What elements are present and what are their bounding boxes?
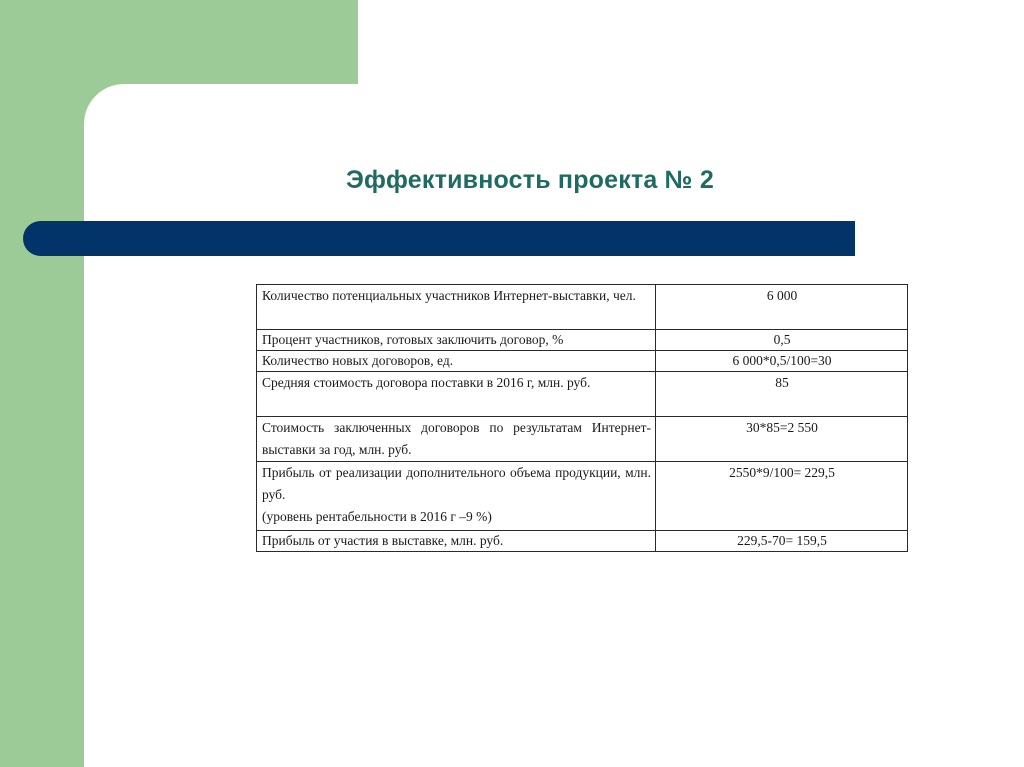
table-row: Средняя стоимость договора поставки в 20…	[257, 372, 908, 417]
table-row: Количество новых договоров, ед. 6 000*0,…	[257, 351, 908, 372]
table-row: Прибыль от участия в выставке, млн. руб.…	[257, 531, 908, 552]
row-value: 85	[656, 372, 908, 417]
row-label: Процент участников, готовых заключить до…	[257, 330, 656, 351]
title-underline-bar	[23, 221, 855, 256]
row-label: Прибыль от реализации дополнительного об…	[257, 462, 656, 531]
rounded-content-corner	[84, 84, 164, 164]
table-row: Количество потенциальных участников Инте…	[257, 285, 908, 330]
row-label-main: Прибыль от реализации дополнительного об…	[262, 462, 651, 506]
row-label: Количество новых договоров, ед.	[257, 351, 656, 372]
slide: Эффективность проекта № 2 Количество пот…	[0, 0, 1024, 767]
row-value: 229,5-70= 159,5	[656, 531, 908, 552]
row-value: 2550*9/100= 229,5	[656, 462, 908, 531]
row-value: 6 000	[656, 285, 908, 330]
efficiency-table: Количество потенциальных участников Инте…	[256, 284, 908, 552]
slide-title: Эффективность проекта № 2	[0, 166, 1024, 195]
row-label: Прибыль от участия в выставке, млн. руб.	[257, 531, 656, 552]
row-value: 6 000*0,5/100=30	[656, 351, 908, 372]
row-value: 0,5	[656, 330, 908, 351]
table-row: Стоимость заключенных договоров по резул…	[257, 417, 908, 462]
row-value: 30*85=2 550	[656, 417, 908, 462]
table-row: Процент участников, готовых заключить до…	[257, 330, 908, 351]
row-label: Количество потенциальных участников Инте…	[257, 285, 656, 330]
row-label: Средняя стоимость договора поставки в 20…	[257, 372, 656, 417]
table-row: Прибыль от реализации дополнительного об…	[257, 462, 908, 531]
row-label: Стоимость заключенных договоров по резул…	[257, 417, 656, 462]
green-left-strip	[0, 0, 84, 767]
row-label-note: (уровень рентабельности в 2016 г –9 %)	[262, 506, 651, 528]
